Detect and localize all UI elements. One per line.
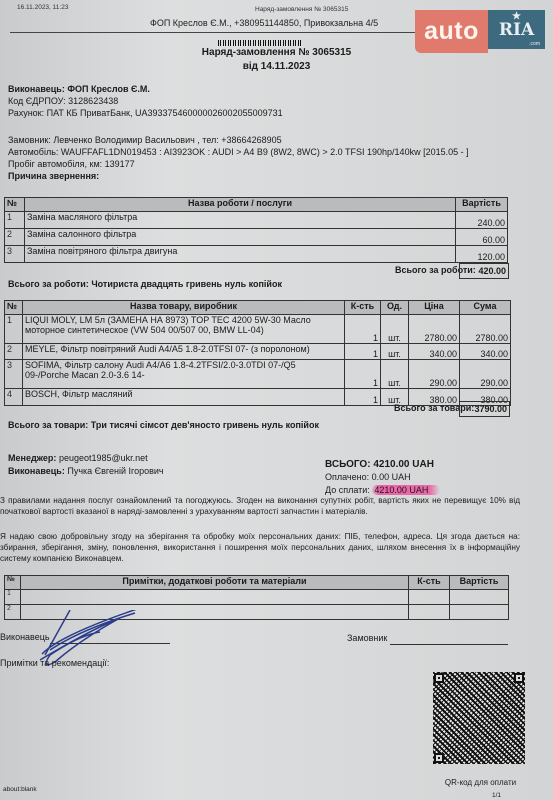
goods-row-sum: 340.00	[460, 344, 511, 360]
contractor-name: ФОП Креслов Є.М.	[67, 84, 150, 94]
works-total-words-label: Всього за роботи:	[8, 279, 89, 289]
qr-code-icon	[433, 672, 525, 764]
goods-row-num: 4	[5, 389, 23, 406]
star-icon: ★	[512, 11, 521, 22]
goods-total-words-label: Всього за товари:	[8, 420, 88, 430]
goods-row-sum: 290.00	[460, 360, 511, 389]
qr-caption: QR-код для оплати	[418, 778, 543, 787]
table-row: 3 Заміна повітряного фільтра двигуна 120…	[5, 246, 508, 263]
barcode-icon	[218, 40, 303, 46]
vehicle-line: Автомобіль: WAUFFAFL1DN019453 : AI3923OK…	[8, 147, 469, 157]
goods-row-num: 1	[5, 315, 23, 344]
goods-header-price: Ціна	[409, 301, 460, 315]
due-value: 4210.00 UAH	[372, 485, 440, 495]
executor-value: Пучка Євгеній Ігорович	[67, 466, 163, 476]
print-datetime: 16.11.2023, 11:23	[17, 4, 68, 11]
qr-finder-icon	[434, 753, 444, 763]
goods-row-unit: шт.	[381, 360, 409, 389]
works-header-num: №	[5, 198, 25, 212]
customer-signature-label: Замовник	[347, 633, 387, 643]
grand-total: ВСЬОГО: 4210.00 UAH	[325, 458, 440, 471]
header-order-ref: Наряд-замовлення № 3065315	[255, 6, 348, 13]
works-header-cost: Вартість	[456, 198, 508, 212]
terms-paragraph: З правилами надання послуг ознайомлений …	[0, 495, 520, 517]
goods-row-num: 3	[5, 360, 23, 389]
logo-ria-part: ★ RIA .com	[488, 10, 545, 49]
notes-header-cost: Вартість	[450, 576, 509, 590]
notes-row-cost	[450, 590, 509, 605]
contractor-account: Рахунок: ПАТ КБ ПриватБанк, UA3933754600…	[8, 108, 283, 118]
notes-header-num: №	[5, 576, 21, 590]
table-row: 1 LIQUI MOLY, LM 5л (ЗАМЕНА НА 8973) TOP…	[5, 315, 511, 344]
works-row-name: Заміна салонного фільтра	[25, 229, 456, 246]
works-total-words: Всього за роботи: Чотириста двадцять гри…	[8, 279, 282, 289]
logo-ria-text: RIA	[499, 20, 534, 40]
goods-table: № Назва товару, виробник К-сть Од. Ціна …	[4, 300, 511, 406]
works-row-name: Заміна повітряного фільтра двигуна	[25, 246, 456, 263]
works-row-cost: 120.00	[456, 246, 508, 263]
header-company-line: ФОП Креслов Є.М., +380951144850, Привокз…	[150, 18, 378, 28]
goods-header-unit: Од.	[381, 301, 409, 315]
works-row-num: 3	[5, 246, 25, 263]
customer-line: Замовник: Левченко Володимир Васильович …	[8, 135, 282, 145]
goods-row-price: 2780.00	[409, 315, 460, 344]
notes-row-num: 2	[5, 605, 21, 620]
totals-block: ВСЬОГО: 4210.00 UAH Оплачено: 0.00 UAH Д…	[325, 458, 440, 497]
works-header-name: Назва роботи / послуги	[25, 198, 456, 212]
goods-total-words: Всього за товари: Три тисячі сімсот дев'…	[8, 420, 319, 430]
reason-label: Причина звернення:	[8, 171, 99, 181]
goods-row-price: 340.00	[409, 344, 460, 360]
goods-row-num: 2	[5, 344, 23, 360]
goods-row-name: SOFIMA, Фільтр салону Audi A4/A6 1.8-4.2…	[23, 360, 345, 389]
document-date: від 14.11.2023	[0, 61, 553, 72]
works-row-name: Заміна масляного фільтра	[25, 212, 456, 229]
table-row: 3 SOFIMA, Фільтр салону Audi A4/A6 1.8-4…	[5, 360, 511, 389]
table-row: 1 Заміна масляного фільтра 240.00	[5, 212, 508, 229]
goods-total-value: 3790.00	[459, 401, 510, 417]
customer-signature-line	[390, 644, 508, 645]
consent-paragraph: Я надаю свою добровільну згоду на зберіг…	[0, 531, 520, 564]
notes-header-text: Примітки, додаткові роботи та матеріали	[21, 576, 409, 590]
goods-row-qty: 1	[345, 360, 381, 389]
manager-line: Менеджер: peugeot1985@ukr.net	[8, 453, 148, 463]
goods-row-name: BOSCH, Фільтр масляний	[23, 389, 345, 406]
goods-row-name: MEYLE, Фільтр повітряний Audi A4/A5 1.8-…	[23, 344, 345, 360]
table-row: 2 MEYLE, Фільтр повітряний Audi A4/A5 1.…	[5, 344, 511, 360]
goods-header-qty: К-сть	[345, 301, 381, 315]
contractor-edrpou: Код ЄДРПОУ: 3128623438	[8, 96, 118, 106]
goods-row-sum: 2780.00	[460, 315, 511, 344]
manager-value: peugeot1985@ukr.net	[59, 453, 148, 463]
document-title: Наряд-замовлення № 3065315	[0, 47, 553, 58]
notes-row-cost	[450, 605, 509, 620]
paid-amount: Оплачено: 0.00 UAH	[325, 471, 440, 484]
works-row-cost: 60.00	[456, 229, 508, 246]
notes-row-qty	[409, 605, 450, 620]
goods-row-unit: шт.	[381, 315, 409, 344]
notes-row-qty	[409, 590, 450, 605]
executor-label: Виконавець:	[8, 466, 65, 476]
goods-row-name: LIQUI MOLY, LM 5л (ЗАМЕНА НА 8973) TOP T…	[23, 315, 345, 344]
works-row-num: 2	[5, 229, 25, 246]
goods-total-words-value: Три тисячі сімсот дев'яносто гривень нул…	[91, 420, 319, 430]
works-total-words-value: Чотириста двадцять гривень нуль копійок	[91, 279, 282, 289]
goods-row-qty: 1	[345, 344, 381, 360]
qr-finder-icon	[514, 673, 524, 683]
goods-row-qty: 1	[345, 389, 381, 406]
works-table: № Назва роботи / послуги Вартість 1 Замі…	[4, 197, 508, 263]
goods-row-unit: шт.	[381, 344, 409, 360]
footer-url: about:blank	[3, 786, 37, 793]
goods-header-name: Назва товару, виробник	[23, 301, 345, 315]
goods-row-price: 290.00	[409, 360, 460, 389]
goods-row-qty: 1	[345, 315, 381, 344]
footer-page: 1/1	[492, 792, 501, 799]
notes-header-qty: К-сть	[409, 576, 450, 590]
notes-row-num: 1	[5, 590, 21, 605]
table-row: 2 Заміна салонного фільтра 60.00	[5, 229, 508, 246]
recommendations-label: Примітки та рекомендації:	[0, 658, 109, 668]
goods-header-sum: Сума	[460, 301, 511, 315]
mileage-line: Пробіг автомобіля, км: 139177	[8, 159, 135, 169]
goods-header-num: №	[5, 301, 23, 315]
works-row-cost: 240.00	[456, 212, 508, 229]
works-row-num: 1	[5, 212, 25, 229]
executor-line: Виконавець: Пучка Євгеній Ігорович	[8, 466, 164, 476]
due-label: До сплати:	[325, 485, 370, 495]
contractor-heading: Виконавець: ФОП Креслов Є.М.	[8, 84, 150, 94]
table-row: 1	[5, 590, 509, 605]
contractor-label: Виконавець:	[8, 84, 65, 94]
qr-finder-icon	[434, 673, 444, 683]
works-total-value: 420.00	[459, 263, 509, 279]
manager-label: Менеджер:	[8, 453, 56, 463]
notes-row-text	[21, 590, 409, 605]
